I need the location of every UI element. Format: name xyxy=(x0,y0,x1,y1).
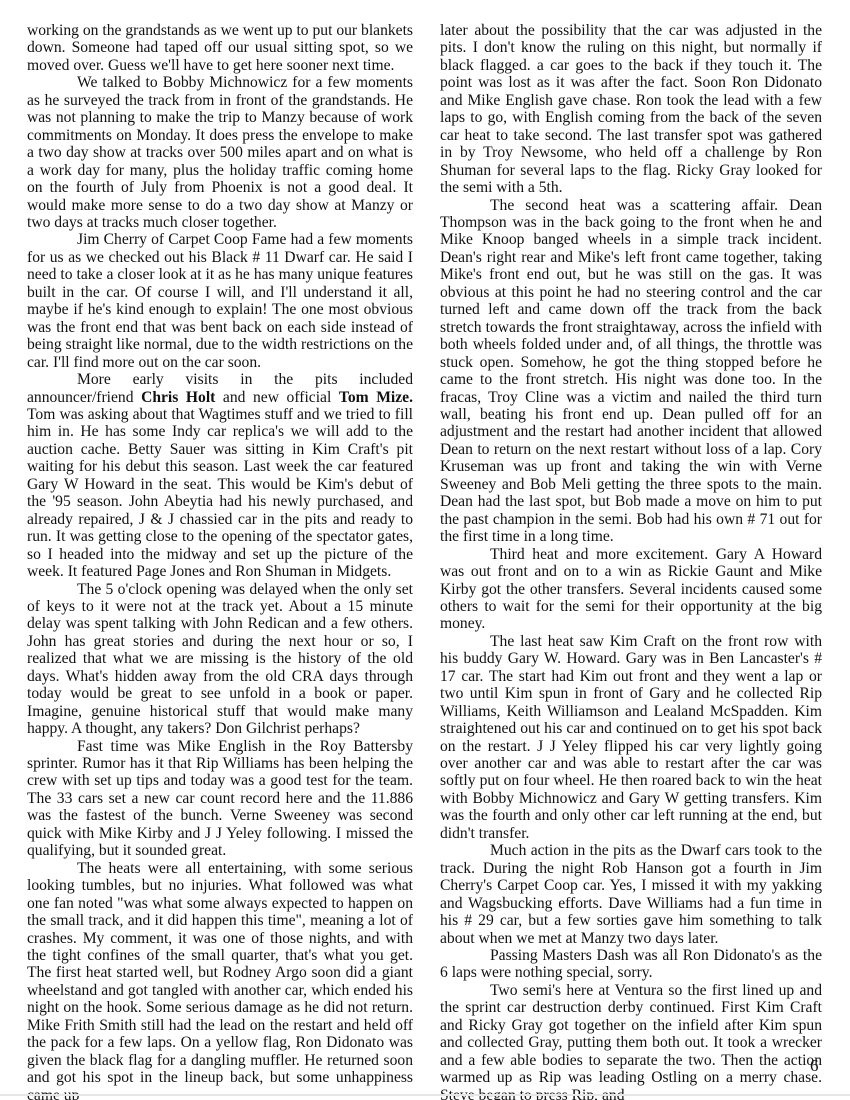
paragraph: Third heat and more excitement. Gary A H… xyxy=(440,546,822,633)
left-column: working on the grandstands as we went up… xyxy=(27,22,413,1100)
paragraph: The heats were all entertaining, with so… xyxy=(27,860,413,1100)
bold-name: Tom Mize. xyxy=(339,389,413,406)
paragraph: The second heat was a scattering affair.… xyxy=(440,197,822,546)
bold-name: Chris Holt xyxy=(141,389,215,406)
paragraph: Two semi's here at Ventura so the first … xyxy=(440,982,822,1100)
paragraph: We talked to Bobby Michnowicz for a few … xyxy=(27,74,413,231)
paragraph: Much action in the pits as the Dwarf car… xyxy=(440,842,822,947)
paragraph-text: Tom was asking about that Wagtimes stuff… xyxy=(27,406,413,580)
page-number: 6 xyxy=(810,1056,819,1076)
paragraph: The last heat saw Kim Craft on the front… xyxy=(440,633,822,842)
document-page: working on the grandstands as we went up… xyxy=(0,0,850,1100)
paragraph: Passing Masters Dash was all Ron Didonat… xyxy=(440,947,822,982)
paragraph-text: and new official xyxy=(215,389,339,406)
paragraph: More early visits in the pits included a… xyxy=(27,371,413,580)
paragraph: later about the possibility that the car… xyxy=(440,22,822,197)
paragraph: Jim Cherry of Carpet Coop Fame had a few… xyxy=(27,231,413,371)
paragraph: The 5 o'clock opening was delayed when t… xyxy=(27,581,413,738)
right-column: later about the possibility that the car… xyxy=(440,22,822,1100)
scan-edge-divider xyxy=(0,1094,850,1096)
paragraph: working on the grandstands as we went up… xyxy=(27,22,413,74)
paragraph: Fast time was Mike English in the Roy Ba… xyxy=(27,738,413,860)
